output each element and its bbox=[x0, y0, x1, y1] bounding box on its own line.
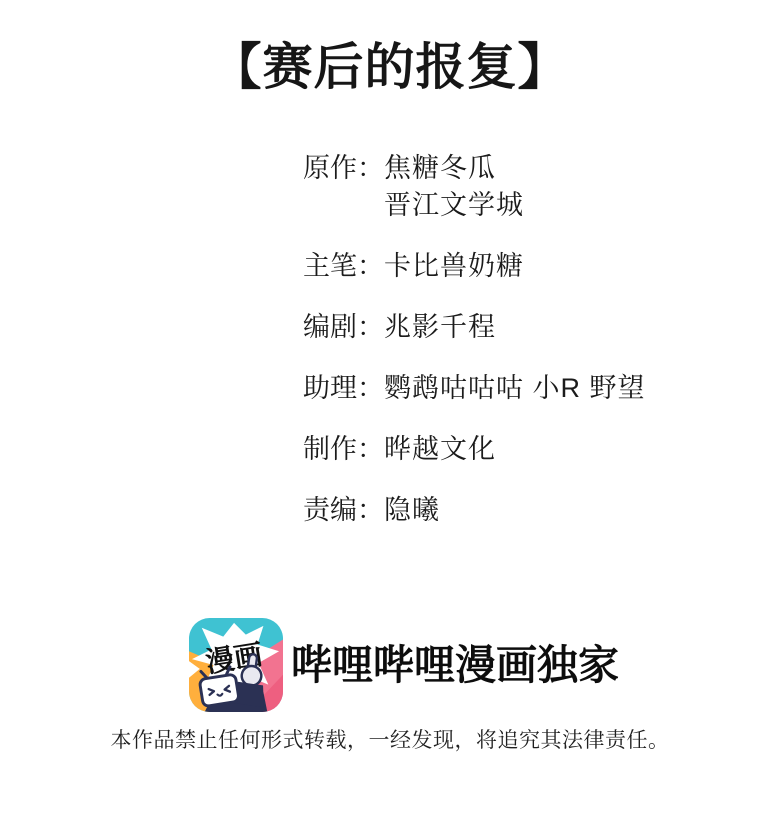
credit-value: 兆影千程 bbox=[384, 309, 496, 346]
credit-value: 卡比兽奶糖 bbox=[384, 248, 524, 285]
credit-label: 主笔： bbox=[303, 248, 384, 285]
credit-value: 鹦鹉咕咕咕 小R 野望 bbox=[384, 370, 646, 407]
credit-label: 原作： bbox=[303, 150, 384, 187]
credit-value: 晔越文化 bbox=[384, 431, 496, 468]
credit-row-screenwriter: 编剧： 兆影千程 bbox=[303, 309, 646, 346]
credit-row-assistants: 助理： 鹦鹉咕咕咕 小R 野望 bbox=[303, 370, 646, 407]
credit-label: 助理： bbox=[303, 370, 384, 407]
credit-label: 责编： bbox=[303, 492, 384, 529]
credits-list: 原作： 焦糖冬瓜 晋江文学城 主笔： 卡比兽奶糖 编剧： 兆影千程 助理： 鹦鹉… bbox=[303, 150, 646, 553]
page-title: 【赛后的报复】 bbox=[0, 36, 780, 98]
exclusive-banner-text: 哔哩哔哩漫画独家 bbox=[291, 618, 619, 712]
credit-value: 焦糖冬瓜 晋江文学城 bbox=[384, 150, 524, 224]
credit-row-editor: 责编： 隐曦 bbox=[303, 492, 646, 529]
copyright-disclaimer: 本作品禁止任何形式转载，一经发现，将追究其法律责任。 bbox=[0, 724, 780, 754]
credit-label: 制作： bbox=[303, 431, 384, 468]
credit-row-original-work: 原作： 焦糖冬瓜 晋江文学城 bbox=[303, 150, 646, 224]
credit-row-production: 制作： 晔越文化 bbox=[303, 431, 646, 468]
bilibili-manga-app-icon: 漫画 bbox=[189, 618, 283, 712]
credit-row-lead-artist: 主笔： 卡比兽奶糖 bbox=[303, 248, 646, 285]
credit-label: 编剧： bbox=[303, 309, 384, 346]
publisher-branding: 漫画 哔哩哔哩漫画独家 bbox=[189, 618, 619, 712]
credit-value: 隐曦 bbox=[384, 492, 440, 529]
